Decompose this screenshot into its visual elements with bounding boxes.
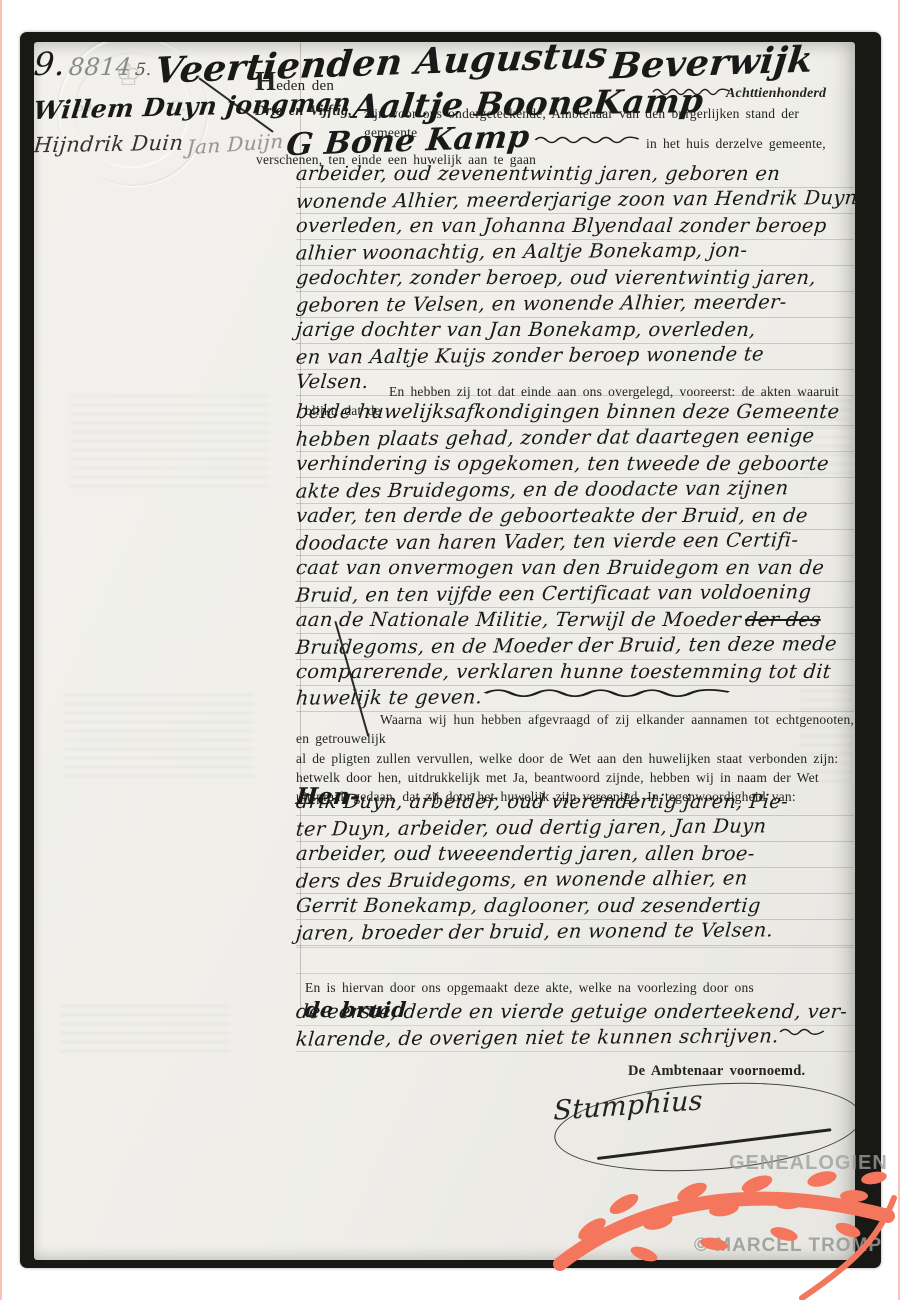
hand-line: alhier woonachtig, en Aaltje Bonekamp, j… xyxy=(296,240,854,266)
hand-text: aan de Nationale Militie, Terwijl de Moe… xyxy=(295,608,742,632)
hand-line: Bruid, en ten vijfde een Certificaat van… xyxy=(296,582,854,608)
hand-line: drik Duyn, arbeider, oud vierendertig ja… xyxy=(296,790,854,816)
hand-line: caat van onvermogen van den Bruidegom en… xyxy=(296,556,854,582)
hand-line: arbeider, oud zevenentwintig jaren, gebo… xyxy=(296,162,854,188)
printed-line: al de pligten zullen vervullen, welke do… xyxy=(296,749,854,768)
hand-line: huwelijk te geven. xyxy=(296,686,854,712)
parties-section: arbeider, oud zevenentwintig jaren, gebo… xyxy=(296,162,854,396)
scanned-page: ♔ 50 C. 9. 8814 5. Heden den Veertienden… xyxy=(20,32,881,1268)
hand-line: beide huwelijksafkondigingen binnen deze… xyxy=(296,400,854,426)
hand-line: jarige dochter van Jan Bonekamp, overled… xyxy=(296,318,854,344)
hand-line: Gerrit Bonekamp, daglooner, oud zesender… xyxy=(296,894,854,920)
handwritten-city: Beverwijk xyxy=(608,42,815,88)
hand-text: wonende Alhier, meerderjarige zoon van H… xyxy=(295,186,855,214)
printed-line: hetwelk door hen, uitdrukkelijk met Ja, … xyxy=(296,768,854,787)
hand-text: ders des Bruidegoms, en wonende alhier, … xyxy=(295,866,749,893)
hand-text: de eerste, derde en vierde getuige onder… xyxy=(295,1000,848,1024)
official-signature: Stumphius xyxy=(553,1085,703,1127)
hand-text: en van Aaltje Kuijs zonder beroep wonend… xyxy=(295,342,765,369)
hand-text: Bruidegoms, en de Moeder der Bruid, ten … xyxy=(295,632,838,660)
paper: ♔ 50 C. 9. 8814 5. Heden den Veertienden… xyxy=(34,42,855,1260)
hand-text: ter Duyn, arbeider, oud dertig jaren, Ja… xyxy=(295,814,767,841)
hand-line: verhindering is opgekomen, ten tweede de… xyxy=(296,452,854,478)
hand-text: klarende, de overigen niet te kunnen sch… xyxy=(295,1024,780,1051)
hand-line: klarende, de overigen niet te kunnen sch… xyxy=(296,1026,854,1052)
hand-line: ter Duyn, arbeider, oud dertig jaren, Ja… xyxy=(296,816,854,842)
pen-flourish xyxy=(534,134,640,144)
left-accent-edge xyxy=(0,0,2,1300)
closing-hand-lines: de eerste, derde en vierde getuige onder… xyxy=(296,1000,854,1052)
hand-text: doodacte van haren Vader, ten vierde een… xyxy=(295,528,799,556)
signature-witness-1: Hijndrik Duin xyxy=(34,131,184,158)
ruled-line xyxy=(296,922,854,948)
hand-text: drik Duyn, arbeider, oud vierendertig ja… xyxy=(295,790,789,814)
ruled-line xyxy=(296,948,854,974)
screenshot-canvas: ♔ 50 C. 9. 8814 5. Heden den Veertienden… xyxy=(0,0,900,1300)
hand-line: arbeider, oud tweeendertig jaren, allen … xyxy=(296,842,854,868)
hand-text: jarige dochter van Jan Bonekamp, overled… xyxy=(295,318,757,342)
hand-text: vader, ten derde de geboorteakte der Bru… xyxy=(295,504,809,528)
hand-line: comparerende, verklaren hunne toestemmin… xyxy=(296,660,854,686)
hand-line: vader, ten derde de geboorteakte der Bru… xyxy=(296,504,854,530)
hand-text: huwelijk te geven. xyxy=(295,685,483,710)
pen-flourish xyxy=(482,686,732,698)
hand-line: wonende Alhier, meerderjarige zoon van H… xyxy=(296,188,854,214)
hand-text: verhindering is opgekomen, ten tweede de… xyxy=(295,452,830,476)
printed-closing: En is hiervan door ons opgemaakt deze ak… xyxy=(305,980,754,995)
hand-text: overleden, en van Johanna Blyendaal zond… xyxy=(295,214,828,238)
hand-line: geboren te Velsen, en wonende Alhier, me… xyxy=(296,292,854,318)
hand-line: en van Aaltje Kuijs zonder beroep wonend… xyxy=(296,344,854,370)
hand-text: arbeider, oud zevenentwintig jaren, gebo… xyxy=(295,162,781,186)
hand-line: de eerste, derde en vierde getuige onder… xyxy=(296,1000,854,1026)
act-number: 9. xyxy=(34,45,67,83)
bleed-through xyxy=(60,1004,230,1052)
hand-line: gedochter, zonder beroep, oud vierentwin… xyxy=(296,266,854,292)
printed-year: Achttienhonderd xyxy=(726,84,826,103)
hand-text: gedochter, zonder beroep, oud vierentwin… xyxy=(295,266,817,290)
hand-line: ders des Bruidegoms, en wonende alhier, … xyxy=(296,868,854,894)
hand-text: geboren te Velsen, en wonende Alhier, me… xyxy=(295,290,788,317)
archive-number: 8814 xyxy=(68,53,133,81)
hand-text: Gerrit Bonekamp, daglooner, oud zesender… xyxy=(295,894,762,918)
bleed-through xyxy=(64,692,254,777)
hand-text: comparerende, verklaren hunne toestemmin… xyxy=(295,660,832,684)
hand-text: akte des Bruidegoms, en de doodacte van … xyxy=(295,476,790,503)
printed-house: in het huis derzelve gemeente, xyxy=(646,134,826,153)
hand-text: arbeider, oud tweeendertig jaren, allen … xyxy=(295,842,756,866)
hand-text: alhier woonachtig, en Aaltje Bonekamp, j… xyxy=(295,238,748,265)
hand-text: hebben plaats gehad, zonder dat daartege… xyxy=(295,424,815,452)
hand-text: beide huwelijksafkondigingen binnen deze… xyxy=(295,400,841,424)
bleed-through xyxy=(70,392,270,487)
pen-flourish xyxy=(779,1026,825,1036)
struck-text: der des xyxy=(744,608,822,632)
page-number: 5. xyxy=(135,60,154,80)
printed-line: Waarna wij hun hebben afgevraagd of zij … xyxy=(296,710,854,749)
hand-line: hebben plaats gehad, zonder dat daartege… xyxy=(296,426,854,452)
hand-text: caat van onvermogen van den Bruidegom en… xyxy=(295,556,825,580)
hand-line: doodacte van haren Vader, ten vierde een… xyxy=(296,530,854,556)
documents-section: beide huwelijksafkondigingen binnen deze… xyxy=(296,400,854,712)
branch-logo xyxy=(552,1136,900,1300)
hand-text: Bruid, en ten vijfde een Certificaat van… xyxy=(295,580,812,608)
hand-line: aan de Nationale Militie, Terwijl de Moe… xyxy=(296,608,854,634)
official-caption: De Ambtenaar voornoemd. xyxy=(628,1062,805,1081)
hand-line: akte des Bruidegoms, en de doodacte van … xyxy=(296,478,854,504)
hand-line: overleden, en van Johanna Blyendaal zond… xyxy=(296,214,854,240)
hand-line: Bruidegoms, en de Moeder der Bruid, ten … xyxy=(296,634,854,660)
